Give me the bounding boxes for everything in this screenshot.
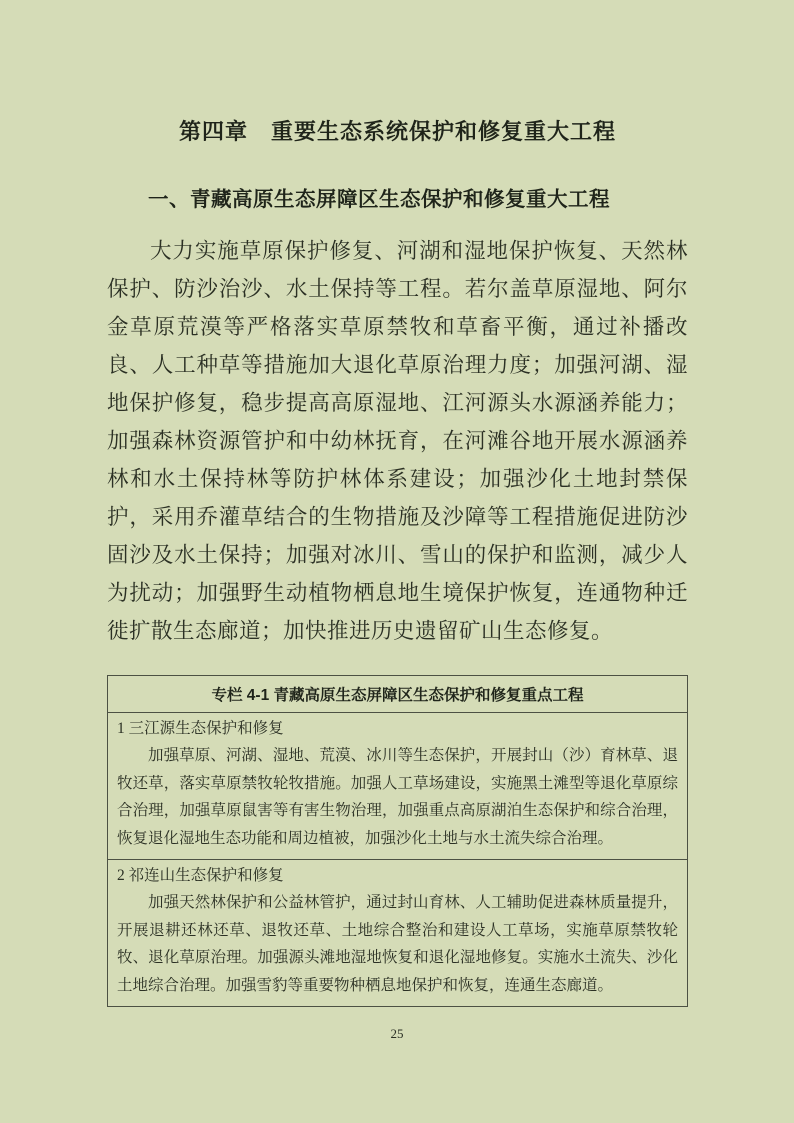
callout-box-header-row: 专栏 4-1 青藏高原生态屏障区生态保护和修复重点工程 [108, 676, 688, 713]
table-row: 1 三江源生态保护和修复 加强草原、河湖、湿地、荒漠、冰川等生态保护，开展封山（… [108, 713, 688, 860]
section-heading: 一、青藏高原生态屏障区生态保护和修复重大工程 [107, 182, 688, 212]
box-item-1-heading: 1 三江源生态保护和修复 [117, 716, 678, 742]
table-row: 2 祁连山生态保护和修复 加强天然林保护和公益林管护，通过封山育林、人工辅助促进… [108, 860, 688, 1007]
box-item-1-cell: 1 三江源生态保护和修复 加强草原、河湖、湿地、荒漠、冰川等生态保护，开展封山（… [108, 713, 688, 860]
box-item-1-body: 加强草原、河湖、湿地、荒漠、冰川等生态保护，开展封山（沙）育林草、退牧还草，落实… [117, 742, 678, 852]
callout-box-title: 专栏 4-1 青藏高原生态屏障区生态保护和修复重点工程 [108, 676, 688, 713]
callout-box: 专栏 4-1 青藏高原生态屏障区生态保护和修复重点工程 1 三江源生态保护和修复… [107, 675, 688, 1007]
chapter-title: 第四章 重要生态系统保护和修复重大工程 [107, 115, 688, 146]
box-item-2-body: 加强天然林保护和公益林管护，通过封山育林、人工辅助促进森林质量提升，开展退耕还林… [117, 889, 678, 999]
page-number: 25 [0, 1026, 794, 1042]
box-item-2-heading: 2 祁连山生态保护和修复 [117, 863, 678, 889]
box-item-2-cell: 2 祁连山生态保护和修复 加强天然林保护和公益林管护，通过封山育林、人工辅助促进… [108, 860, 688, 1007]
body-paragraph: 大力实施草原保护修复、河湖和湿地保护恢复、天然林保护、防沙治沙、水土保持等工程。… [107, 232, 688, 650]
document-page: 第四章 重要生态系统保护和修复重大工程 一、青藏高原生态屏障区生态保护和修复重大… [0, 0, 794, 1123]
